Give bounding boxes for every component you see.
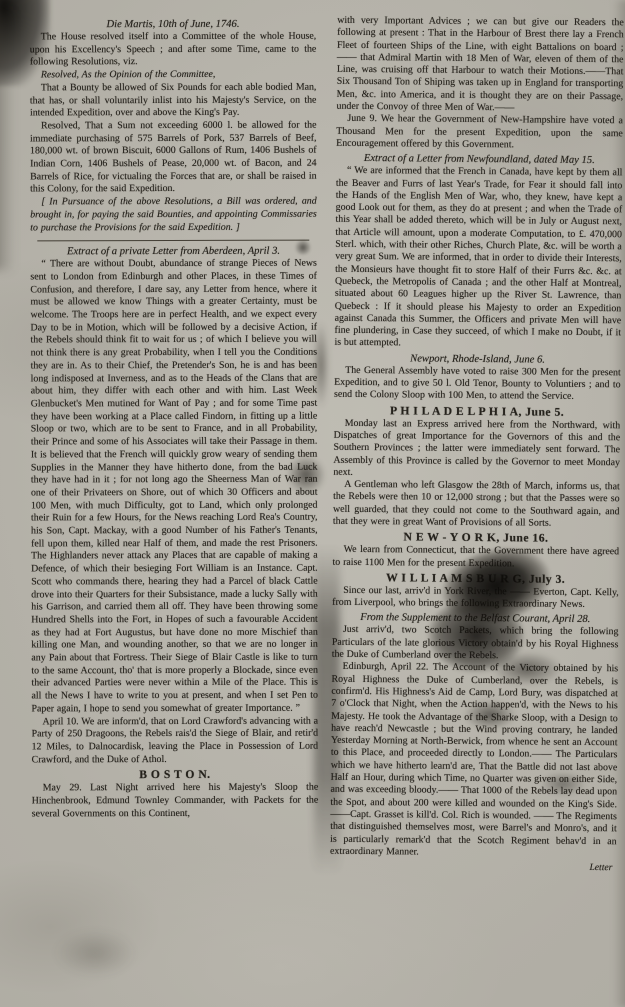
- newfoundland-letter-body: “ We are informed that the French in Can…: [334, 165, 622, 352]
- resolved-line: Resolved, As the Opinion of the Committe…: [30, 69, 317, 82]
- newspaper-scan-page: Die Martis, 10th of June, 1746. The Hous…: [0, 0, 625, 1007]
- newport-para: The General Assembly have voted to raise…: [333, 364, 620, 403]
- williamsburg-heading: W I L L I A M S B U R G, July 3.: [332, 571, 619, 586]
- april-10-para: April 10. We are inform'd, that on Lord …: [32, 715, 319, 767]
- dateline-heading: Die Martis, 10th of June, 1746.: [30, 19, 317, 31]
- aberdeen-letter-heading: Extract of a private Letter from Aberdee…: [30, 246, 317, 258]
- aberdeen-letter-body: “ There are without Doubt, abundance of …: [30, 258, 318, 716]
- pursuance-note: [ In Pursuance of the above Resolutions,…: [30, 196, 317, 235]
- section-divider: [37, 240, 309, 242]
- philadelphia-para-2: A Gentleman who left Glasgow the 28th of…: [332, 479, 619, 531]
- june-9-para: June 9. We hear the Government of New-Ha…: [336, 113, 623, 152]
- new-york-para: We learn from Connecticut, that the Gove…: [332, 544, 619, 571]
- belfast-supplement-para: Just arriv'd, two Scotch Packets, which …: [331, 624, 618, 663]
- continuation-para: with very Important Advices ; we can but…: [336, 15, 623, 116]
- boston-para: May 29. Last Night arrived here his Maje…: [32, 782, 319, 821]
- williamsburg-para: Since our last, arriv'd in York River, t…: [332, 585, 619, 612]
- newspaper-text-area: Die Martis, 10th of June, 1746. The Hous…: [0, 0, 625, 1007]
- edinburgh-account-para: Edinburgh, April 22. The Account of the …: [329, 661, 617, 860]
- left-column: Die Martis, 10th of June, 1746. The Hous…: [30, 16, 319, 1007]
- house-resolution-para: The House resolved itself into a Committ…: [30, 31, 317, 70]
- boston-heading: B O S T O N.: [32, 768, 319, 782]
- philadelphia-para-1: Monday last an Express arrived here from…: [333, 417, 620, 481]
- catchword: Letter: [329, 860, 612, 873]
- right-column: with very Important Advices ; we can but…: [328, 15, 623, 1007]
- bounty-resolution-para: That a Bounty be allowed of Six Pounds f…: [30, 81, 317, 120]
- philadelphia-heading: P H I L A D E L P H I A, June 5.: [333, 403, 620, 418]
- provisions-resolution-para: Resolved, That a Sum not exceeding 6000 …: [30, 120, 317, 197]
